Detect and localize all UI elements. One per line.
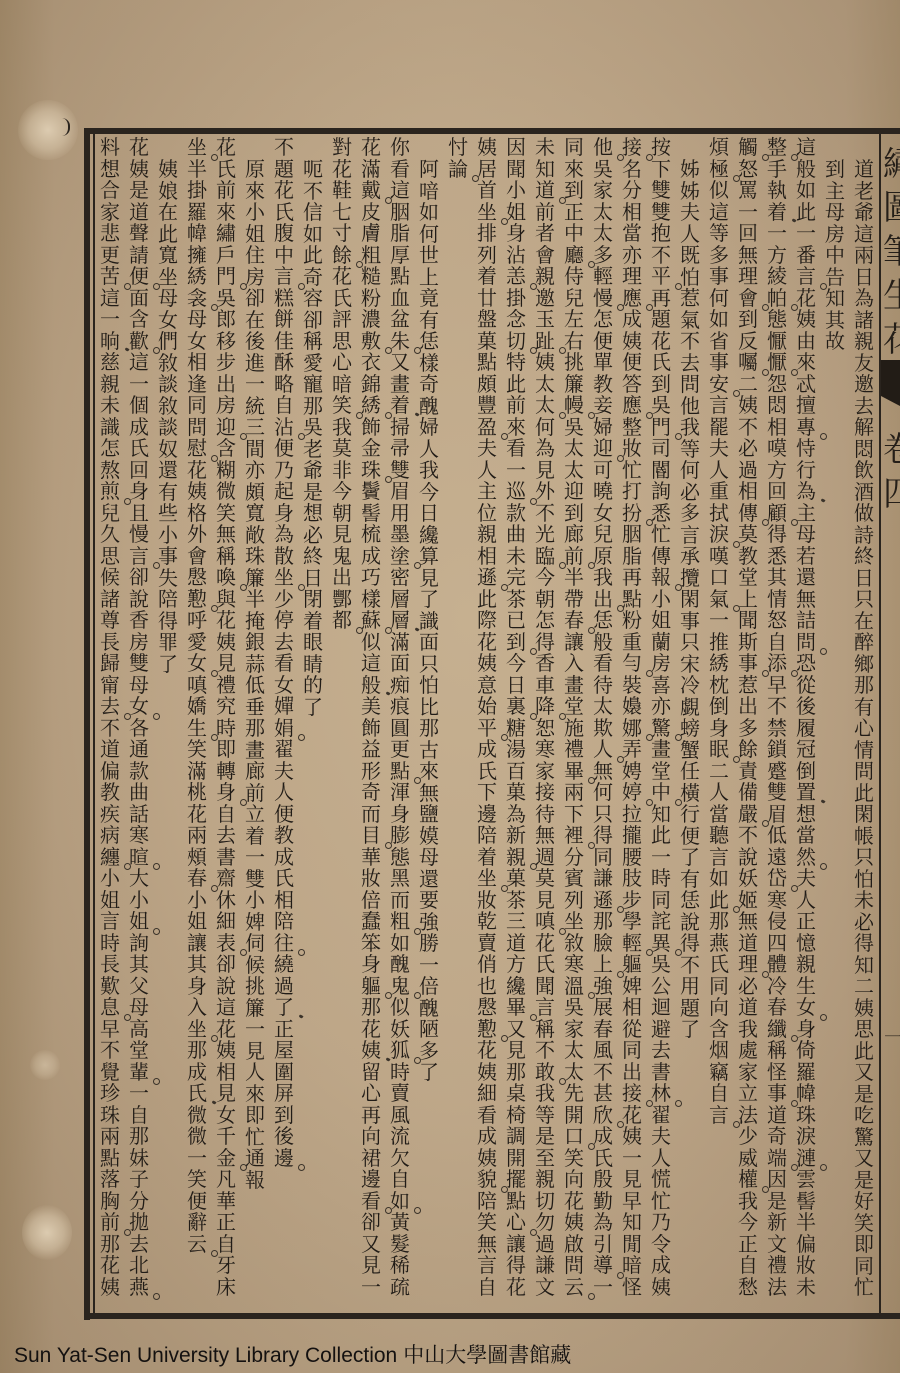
punctuation-mark (733, 906, 740, 913)
punctuation-mark (153, 283, 160, 290)
text-column: 對花鞋七寸餘花氏評思心暗笑我莫非今朝見鬼出酆都 (330, 137, 354, 632)
punctuation-mark (385, 992, 392, 999)
punctuation-mark (588, 992, 595, 999)
punctuation-mark (762, 670, 769, 677)
punctuation-mark (124, 1229, 131, 1236)
punctuation-mark (733, 605, 740, 612)
punctuation-mark (240, 949, 247, 956)
text-column: 原來小姐住房卻在後進一統三間亦頗寬敞珠簾半掩銀蒜低垂那畫廊前立着一雙小婢伺候挑簾… (243, 159, 267, 1191)
punctuation-mark (414, 928, 421, 935)
text-column: 因聞小姐身沾恙掛念切特此前來看一巡款曲未完茶已到今日裏糖湯百菓為新親菓茶三道方纔… (504, 137, 528, 1298)
punctuation-mark (153, 1078, 160, 1085)
punctuation-mark (646, 154, 653, 161)
punctuation-mark (356, 412, 363, 419)
punctuation-mark (588, 777, 595, 784)
punctuation-mark (414, 347, 421, 354)
punctuation-mark (733, 390, 740, 397)
text-column: 料想合家悲更苦這一晌慈親未識怎熬煎兒久思候諸尊長歸甯去不道偏教疾病纏小姐言時長歎… (98, 137, 122, 1298)
punctuation-mark (762, 971, 769, 978)
punctuation-mark (675, 584, 682, 591)
punctuation-mark (530, 648, 537, 655)
punctuation-mark (385, 842, 392, 849)
punctuation-mark (299, 1014, 304, 1019)
punctuation-mark (298, 734, 305, 741)
punctuation-mark (588, 627, 595, 634)
punctuation-mark (211, 734, 218, 741)
punctuation-mark (588, 261, 595, 268)
punctuation-mark (646, 949, 653, 956)
page-marker: 一 (884, 1026, 900, 1048)
punctuation-mark (617, 906, 624, 913)
punctuation-mark (617, 605, 624, 612)
punctuation-mark (153, 347, 160, 354)
punctuation-mark (675, 734, 682, 741)
punctuation-mark (124, 1014, 131, 1021)
text-column: 呃不信如此奇容卻稱愛寵那吳老爺是想必終日閉着眼睛的了 (301, 159, 325, 718)
punctuation-mark (733, 1121, 740, 1128)
paper-stain (30, 1050, 60, 1080)
punctuation-mark (762, 304, 769, 311)
punctuation-mark (559, 1078, 566, 1085)
text-column: 不題花氏腹中言糕餅佳酥略自沾便乃起身為散坐少停去看女嬋娟翟夫人便教成氏相陪往繞過… (272, 137, 296, 1169)
punctuation-mark (559, 713, 566, 720)
punctuation-mark (124, 863, 131, 870)
punctuation-mark (675, 283, 682, 290)
punctuation-mark (791, 1164, 798, 1171)
punctuation-mark (211, 1035, 218, 1042)
punctuation-mark (646, 734, 653, 741)
punctuation-mark (762, 1186, 769, 1193)
collection-caption: Sun Yat-Sen University Library Collectio… (14, 1342, 571, 1369)
punctuation-mark (588, 412, 595, 419)
punctuation-mark (762, 154, 769, 161)
punctuation-mark (762, 820, 769, 827)
text-column: 花滿戴皮膚粗糙粉濃敷衣錦綉飾金珠鬢髻梳成巧樣蘇似這般美飾益形奇而目華妝倍蠢笨身軀… (359, 137, 383, 1298)
punctuation-mark (675, 1100, 682, 1107)
frame-left-inner-line (93, 134, 95, 1314)
punctuation-mark (414, 1207, 421, 1214)
punctuation-mark (414, 992, 421, 999)
punctuation-mark (617, 1272, 624, 1279)
punctuation-mark (298, 283, 305, 290)
punctuation-mark (211, 455, 218, 462)
frame-top-border (84, 128, 900, 134)
punctuation-mark (298, 584, 305, 591)
punctuation-mark (530, 347, 537, 354)
punctuation-mark (298, 949, 305, 956)
text-column: 坐半掛羅幃擁綉衾母女相逢同問慰花姨格外會慇懃呼愛女嗔嬌生笑滿桃花兩頰春小姐讓其身… (185, 137, 209, 1255)
punctuation-mark (385, 412, 392, 419)
punctuation-mark (472, 175, 479, 182)
punctuation-mark (153, 928, 160, 935)
frame-left-border (84, 128, 90, 1320)
punctuation-mark (298, 1164, 305, 1171)
text-column: 忖論 (446, 137, 470, 180)
punctuation-mark (385, 1207, 392, 1214)
punctuation-mark (501, 1035, 508, 1042)
punctuation-mark (762, 519, 769, 526)
text-column: 姨娘在此寬坐母女們敘談敘談奴還有些小事失陪得罪了 (156, 159, 180, 675)
punctuation-mark (646, 412, 653, 419)
punctuation-mark (617, 304, 624, 311)
punctuation-mark (646, 670, 653, 677)
punctuation-mark (124, 713, 131, 720)
frame-bottom-border (84, 1313, 900, 1319)
punctuation-mark (240, 433, 247, 440)
punctuation-mark (211, 605, 218, 612)
punctuation-mark (356, 261, 363, 268)
punctuation-mark (559, 197, 566, 204)
collection-caption-en: Sun Yat-Sen University Library Collectio… (14, 1344, 397, 1367)
punctuation-mark (530, 283, 537, 290)
punctuation-mark (385, 627, 392, 634)
punctuation-mark (530, 1014, 537, 1021)
punctuation-mark (675, 433, 682, 440)
punctuation-mark (153, 713, 160, 720)
punctuation-mark (501, 433, 508, 440)
punctuation-mark (588, 842, 595, 849)
punctuation-mark (617, 455, 624, 462)
punctuation-mark (530, 498, 537, 505)
punctuation-mark (820, 1014, 827, 1021)
punctuation-mark (211, 304, 218, 311)
punctuation-mark (675, 949, 682, 956)
punctuation-mark (530, 1229, 537, 1236)
punctuation-mark (240, 584, 247, 591)
punctuation-mark (733, 175, 740, 182)
punctuation-mark (211, 1250, 218, 1257)
punctuation-mark (820, 283, 827, 290)
text-column: 阿喑如何世上竟有恁樣奇醜婦人我今日纔算見了識面只怕比那古來無鹽嫫母還要強勝一倍醜… (417, 159, 441, 1084)
punctuation-mark (733, 756, 740, 763)
punctuation-mark (675, 799, 682, 806)
punctuation-mark (733, 541, 740, 548)
punctuation-mark (791, 519, 798, 526)
punctuation-mark (414, 1057, 421, 1064)
punctuation-mark (646, 799, 653, 806)
punctuation-mark (501, 218, 508, 225)
punctuation-mark (791, 885, 798, 892)
punctuation-mark (559, 412, 566, 419)
punctuation-mark (211, 154, 218, 161)
punctuation-mark (501, 584, 508, 591)
punctuation-mark (791, 304, 798, 311)
punctuation-mark (646, 304, 653, 311)
punctuation-mark (821, 799, 826, 804)
punctuation-mark (791, 1035, 798, 1042)
punctuation-mark (356, 627, 363, 634)
punctuation-mark (153, 863, 160, 870)
punctuation-mark (588, 1293, 595, 1300)
punctuation-mark (501, 1186, 508, 1193)
punctuation-mark (617, 756, 624, 763)
paper-stain (22, 1205, 72, 1260)
text-column: 煩極似這等多事何如省事安言罷夫人重拭淚嘆口氣一推綉枕倒身眠二人當聽言如此那燕氏同… (707, 137, 731, 1126)
text-column: 你看這胭脂厚點血盆朱又畫着掃帚雙眉用墨塗密層層滿面痴痕圓更點渾身膨態黑而粗如醜鬼… (388, 137, 412, 1298)
punctuation-mark (153, 1293, 160, 1300)
collection-caption-zh: 中山大學圖書館藏 (403, 1343, 571, 1367)
punctuation-mark (820, 433, 827, 440)
punctuation-mark (646, 519, 653, 526)
punctuation-mark (762, 369, 769, 376)
punctuation-mark (617, 1121, 624, 1128)
punctuation-mark (646, 1100, 653, 1107)
punctuation-mark (298, 433, 305, 440)
punctuation-mark (501, 885, 508, 892)
text-column: 到主母房中告知其故 (823, 159, 847, 353)
text-column: 他吳家太太多輕慢怎便單教妾婦迎可曉女兒原我出恁般看待太欺人無何只得同謙遜那臉上強… (591, 137, 615, 1298)
punctuation-mark (153, 562, 160, 569)
punctuation-mark (240, 799, 247, 806)
punctuation-mark (588, 562, 595, 569)
punctuation-mark (211, 885, 218, 892)
punctuation-mark (588, 1143, 595, 1150)
punctuation-mark (791, 154, 798, 161)
punctuation-mark (530, 713, 537, 720)
punctuation-mark (820, 648, 827, 655)
punctuation-mark (414, 777, 421, 784)
punctuation-mark (414, 562, 421, 569)
punctuation-mark (124, 498, 131, 505)
punctuation-mark (385, 347, 392, 354)
text-column: 按下雙雙抱不平再題花氏到吳門司閽詢悉忙傳報小姐蘭房喜亦驚畫堂中知此一時同詫異吳公… (649, 137, 673, 1298)
text-column: 道老爺這兩日為諸親友邀去解悶飲酒做詩終日只在醉鄉那有心情問此閑帳只怕未必得知二姨… (852, 159, 876, 1299)
punctuation-mark (240, 283, 247, 290)
text-column: 這般如此一番言花姨由來忒擅專恃行為主母若還無詰問恐從後履冠倒置想當然夫人正憶親生… (794, 137, 818, 1298)
punctuation-mark (791, 670, 798, 677)
punctuation-mark (240, 1164, 247, 1171)
fishtail-mark-icon (881, 360, 900, 396)
punctuation-mark (791, 1100, 798, 1107)
punctuation-mark (530, 863, 537, 870)
punctuation-mark (385, 476, 392, 483)
punctuation-mark (820, 863, 827, 870)
punctuation-mark (821, 498, 826, 503)
punctuation-mark (501, 734, 508, 741)
text-column: 姨居首坐排列着廿盤菓點頗豐盈夫人主位親相遜此際花姨意始平成氏下邊陪着坐妝乾賣俏也… (475, 137, 499, 1298)
volume-label: 卷四 (880, 428, 900, 516)
punctuation-mark (820, 1164, 827, 1171)
punctuation-mark (385, 197, 392, 204)
punctuation-mark (617, 971, 624, 978)
text-column: 整手執着一方綾帕態懨懨怨悶相嗼方回顧得悉其情怒自添早不禁鎖蹙雙眉低遠岱寒侵四體冷… (765, 137, 789, 1298)
punctuation-mark (124, 283, 131, 290)
punctuation-mark (559, 562, 566, 569)
punctuation-mark (617, 154, 624, 161)
punctuation-mark (791, 369, 798, 376)
book-title: 繡圖筆生花 (880, 142, 900, 362)
text-column: 姊姊夫人既怕惹氣不去問他我等何必多言承攬閑事只宋冷覷螃蟹任橫行便了有恁說得不用題… (678, 159, 702, 1041)
punctuation-mark (559, 347, 566, 354)
punctuation-mark (211, 670, 218, 677)
text-column: 花氏前來繡戶門吳郎移步出房迎含糊微笑無稱喚與花姨見禮究時即轉身自去書齋休細表卻說… (214, 137, 238, 1298)
punctuation-mark (559, 928, 566, 935)
